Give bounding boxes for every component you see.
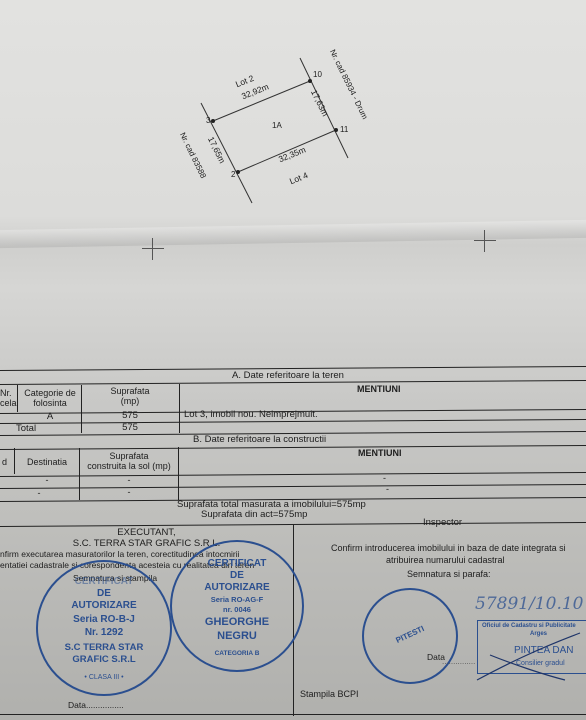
inspector-sign-label: Semnatura si parafa: [407, 569, 491, 579]
point-label-3: 3 [206, 116, 210, 125]
cadastral-number-handwritten: 57891/10.10 [475, 594, 583, 614]
divider [17, 385, 18, 412]
total-suprafata: 575 [82, 422, 178, 433]
cell-destinatia: - [0, 488, 78, 498]
cell-mentiuni-b: - [383, 473, 386, 483]
parcel-plan-sketch [0, 0, 586, 240]
stamp-text: DE [172, 570, 302, 581]
inspector-statement-2: atribuirea numarului cadastral [386, 555, 505, 565]
ancpi-round-stamp: PITESTI [362, 588, 458, 684]
cell-destinatia: - [16, 475, 78, 485]
stamp-text: CATEGORIA B [172, 650, 302, 657]
executant-title: EXECUTANT, [0, 527, 293, 538]
stamp-text: GRAFIC S.R.L [38, 654, 170, 665]
stamp-text: Seria RO-B-J [38, 614, 170, 625]
header-categorie: Categorie defolosinta [20, 388, 80, 408]
parcel-id-label: 1A [272, 121, 282, 130]
stamp-text: nr. 0046 [172, 605, 302, 614]
signature-strike [475, 625, 586, 685]
point-label-10: 10 [313, 70, 322, 79]
header-cod: d [2, 457, 7, 467]
header-nr-parcela: Nr.cela [0, 388, 17, 408]
inspector-statement-1: Confirm introducerea imobilului in baza … [331, 543, 566, 553]
stamp-text: Seria RO-AG-F [172, 595, 302, 604]
header-suprafata-construita: Suprafataconstruita la sol (mp) [80, 451, 178, 471]
registration-cross-right [474, 230, 496, 252]
stamp-text: S.C TERRA STAR [38, 642, 170, 653]
stamp-text: DE [38, 588, 170, 599]
cell-mentiuni: Lot 3, imobil nou. Neimprejmuit. [184, 409, 318, 420]
cell-suprafata: 575 [82, 410, 178, 421]
stamp-text: CERTIFICAT [38, 576, 170, 587]
registration-cross-left [142, 238, 164, 260]
divider [0, 445, 586, 450]
divider [179, 384, 180, 433]
divider [178, 447, 179, 500]
cadastral-document-page: 3 10 11 2 1A 32,92m 17,63m 32,35m 17,65m… [0, 0, 586, 720]
point-label-11: 11 [340, 125, 348, 134]
cell-mentiuni-b: - [386, 484, 389, 494]
stamp-text: • CLASA III • [38, 674, 170, 681]
header-suprafata: Suprafata(mp) [82, 386, 178, 406]
section-b-title: B. Date referitoare la constructii [193, 434, 326, 445]
surveyor-authorization-stamp: CERTIFICAT DE AUTORIZARE Seria RO-AG-F n… [170, 540, 304, 672]
inspector-date-dots: ............... [442, 657, 475, 666]
executant-date: Data................ [68, 700, 124, 710]
stamp-text: AUTORIZARE [38, 600, 170, 611]
point-label-2: 2 [231, 170, 235, 179]
header-mentiuni-a: MENTIUNI [357, 384, 401, 394]
stamp-text: GHEORGHE [172, 616, 302, 628]
section-a-title: A. Date referitoare la teren [232, 370, 344, 381]
header-mentiuni-b: MENTIUNI [358, 448, 402, 458]
area-from-act: Suprafata din act=575mp [201, 509, 307, 520]
stamp-text: PITESTI [366, 611, 453, 658]
stamp-text: CERTIFICAT [172, 558, 302, 569]
header-destinatia: Destinatia [16, 457, 78, 467]
inspector-title: Inspector [423, 517, 462, 528]
stamp-text: NEGRU [172, 630, 302, 642]
cell-suprafata-construita: - [80, 487, 178, 497]
bcpi-stamp-label: Stampila BCPI [300, 689, 359, 699]
cell-suprafata-construita: - [80, 475, 178, 485]
cell-categorie: A [20, 411, 80, 422]
stamp-text: AUTORIZARE [172, 582, 302, 593]
total-label: Total [16, 423, 36, 434]
executant-authorization-stamp: CERTIFICAT DE AUTORIZARE Seria RO-B-J Nr… [36, 560, 172, 696]
stamp-text: Nr. 1292 [38, 627, 170, 638]
